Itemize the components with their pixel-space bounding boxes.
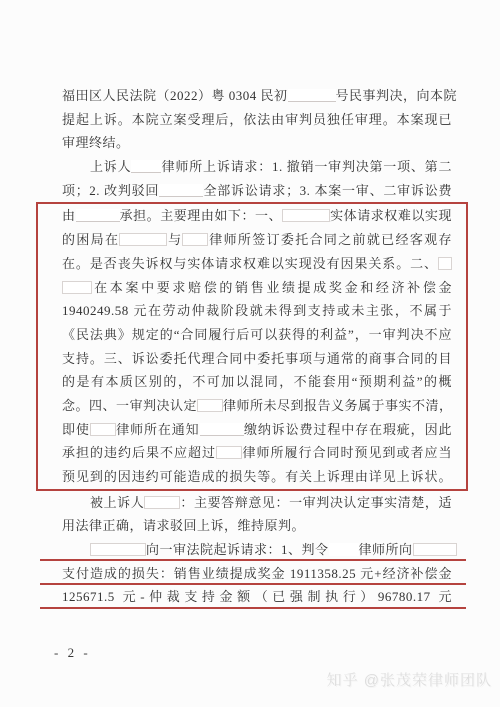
intro-paragraphs: 福田区人民法院（2022）粤 0304 民初号民事判决，向本院提起上诉。本院立案… — [62, 84, 452, 202]
text-segment: 支付造成的损失：销售业绩提成奖金 1911358.25 元+经济补偿金 — [62, 566, 452, 581]
text-segment: 上诉人 — [90, 159, 131, 174]
document-line: 《民法典》规定的“合同履行后可以获得的利益”，一审判决不应 — [62, 323, 452, 347]
document-line: 向一审法院起诉请求：1、判令律师所向 — [62, 538, 452, 562]
document-line: 即使律师所在通知缴纳诉讼费过程中存在瑕疵，因此 — [62, 418, 452, 442]
text-segment: 号民事判决，向本院 — [336, 88, 458, 103]
document-line: 支持。三、诉讼委托代理合同中委托事项与通常的商事合同的目 — [62, 347, 452, 371]
text-segment: 律师所未尽到报告义务属于事实不清， — [223, 398, 453, 413]
red-annotation-box: 由承担。主要理由如下：一、实体请求权难以实现的困局在与律师所签订委托合同之前就已… — [36, 202, 468, 490]
document-line: 上诉人律师所上诉请求：1. 撤销一审判决第一项、第二 — [62, 155, 452, 179]
redaction-blank — [159, 184, 203, 197]
document-line: 承担的违约后果不应超过律师所履行合同时预见到或者应当 — [62, 441, 452, 465]
document-line: 由承担。主要理由如下：一、实体请求权难以实现 — [62, 204, 452, 228]
document-line: 审理终结。 — [62, 131, 452, 155]
text-segment: 被上诉人 — [90, 495, 144, 510]
redaction-blank — [76, 209, 120, 222]
document-body: 福田区人民法院（2022）粤 0304 民初号民事判决，向本院提起上诉。本院立案… — [62, 84, 452, 609]
document-line: 被上诉人：主要答辩意见：一审判决认定事实清楚，适 — [62, 491, 452, 515]
text-segment: 1940249.58 元在劳动仲裁阶段就未得到支持或未主张，不属于 — [62, 303, 452, 318]
redaction-blank — [197, 399, 223, 412]
text-segment: 在。是否丧失诉权与实体请求权难以实现没有因果关系。二、 — [62, 256, 438, 271]
text-segment: 向一审法院起诉请求：1、判令 — [146, 542, 329, 557]
text-segment: 承担的违约后果不应超过 — [62, 445, 216, 460]
text-segment: 缴纳诉讼费过程中存在瑕疵，因此 — [244, 422, 452, 437]
redaction-blank — [90, 423, 116, 436]
redaction-blank — [131, 160, 161, 173]
text-segment: 律师所上诉请求：1. 撤销一审判决第一项、第二 — [161, 159, 452, 174]
redaction-blank — [200, 423, 244, 436]
text-segment: 用法律正确，请求驳回上诉，维持原判。 — [62, 518, 305, 533]
document-line: 支付造成的损失：销售业绩提成奖金 1911358.25 元+经济补偿金 — [62, 562, 452, 586]
document-line: 的是有本质区别的，不可加以混同，不能套用“预期利益”的概 — [62, 370, 452, 394]
document-line: 用法律正确，请求驳回上诉，维持原判。 — [62, 514, 452, 538]
document-line: 125671.5 元-仲裁支持金额（已强制执行）96780.17 元 — [62, 585, 452, 609]
text-segment: 《民法典》规定的“合同履行后可以获得的利益”，一审判决不应 — [62, 327, 452, 342]
redaction-blank — [282, 209, 330, 222]
text-segment: 提起上诉。本院立案受理后，依法由审判员独任审理。本案现已 — [62, 112, 452, 127]
text-segment: 实体请求权难以实现 — [330, 208, 452, 223]
text-segment: 与 — [167, 232, 182, 247]
text-segment: 福田区人民法院（2022）粤 0304 民初 — [62, 88, 288, 103]
redaction-blank — [288, 89, 336, 102]
redaction-blank — [182, 233, 208, 246]
document-line: 项；2. 改判驳回全部诉讼请求；3. 本案一审、二审诉讼费 — [62, 179, 452, 203]
text-segment: 由 — [62, 208, 76, 223]
document-line: 的困局在与律师所签订委托合同之前就已经客观存 — [62, 228, 452, 252]
document-line: 提起上诉。本院立案受理后，依法由审判员独任审理。本案现已 — [62, 108, 452, 132]
redaction-blank — [62, 281, 92, 294]
text-segment: 项；2. 改判驳回 — [62, 183, 159, 198]
text-segment: 承担。主要理由如下：一、 — [120, 208, 283, 223]
document-line: 在本案中要求赔偿的销售业绩提成奖金和经济补偿金 — [62, 276, 452, 300]
text-segment: 念。四、一审判决认定 — [62, 398, 197, 413]
text-segment: 律师所向 — [359, 542, 413, 557]
document-line: 预见到的因违约可能造成的损失等。有关上诉理由详见上诉状。 — [62, 465, 452, 489]
text-segment: 审理终结。 — [62, 135, 130, 150]
text-segment: 律师所履行合同时预见到或者应当 — [242, 445, 452, 460]
text-segment: 即使 — [62, 422, 90, 437]
text-segment: 律师所在通知 — [116, 422, 200, 437]
closing-paragraphs: 被上诉人：主要答辩意见：一审判决认定事实清楚，适用法律正确，请求驳回上诉，维持原… — [62, 491, 452, 609]
document-line: 念。四、一审判决认定律师所未尽到报告义务属于事实不清， — [62, 394, 452, 418]
text-segment: 在本案中要求赔偿的销售业绩提成奖金和经济补偿金 — [92, 280, 452, 295]
page-number: - 2 - — [54, 645, 91, 661]
redaction-blank — [90, 543, 146, 556]
redaction-blank — [438, 257, 452, 270]
redaction-blank — [119, 233, 167, 246]
text-segment: ：主要答辩意见：一审判决认定事实清楚，适 — [180, 495, 452, 510]
redaction-blank — [144, 496, 180, 509]
text-segment: 支持。三、诉讼委托代理合同中委托事项与通常的商事合同的目 — [62, 351, 452, 366]
redaction-blank — [216, 446, 242, 459]
text-segment: 的困局在 — [62, 232, 119, 247]
redaction-blank — [329, 543, 359, 556]
zhihu-watermark: 知乎 @张茂荣律师团队 — [327, 669, 492, 690]
text-segment: 125671.5 元-仲裁支持金额（已强制执行）96780.17 元 — [62, 589, 452, 604]
document-page: 福田区人民法院（2022）粤 0304 民初号民事判决，向本院提起上诉。本院立案… — [0, 0, 500, 707]
text-segment: 律师所签订委托合同之前就已经客观存 — [208, 232, 452, 247]
text-segment: 全部诉讼请求；3. 本案一审、二审诉讼费 — [203, 183, 452, 198]
document-line: 福田区人民法院（2022）粤 0304 民初号民事判决，向本院 — [62, 84, 452, 108]
document-line: 在。是否丧失诉权与实体请求权难以实现没有因果关系。二、 — [62, 252, 452, 276]
text-segment: 的是有本质区别的，不可加以混同，不能套用“预期利益”的概 — [62, 374, 452, 389]
text-segment: 预见到的因违约可能造成的损失等。有关上诉理由详见上诉状。 — [62, 469, 452, 484]
redaction-blank — [413, 543, 457, 556]
document-line: 1940249.58 元在劳动仲裁阶段就未得到支持或未主张，不属于 — [62, 299, 452, 323]
